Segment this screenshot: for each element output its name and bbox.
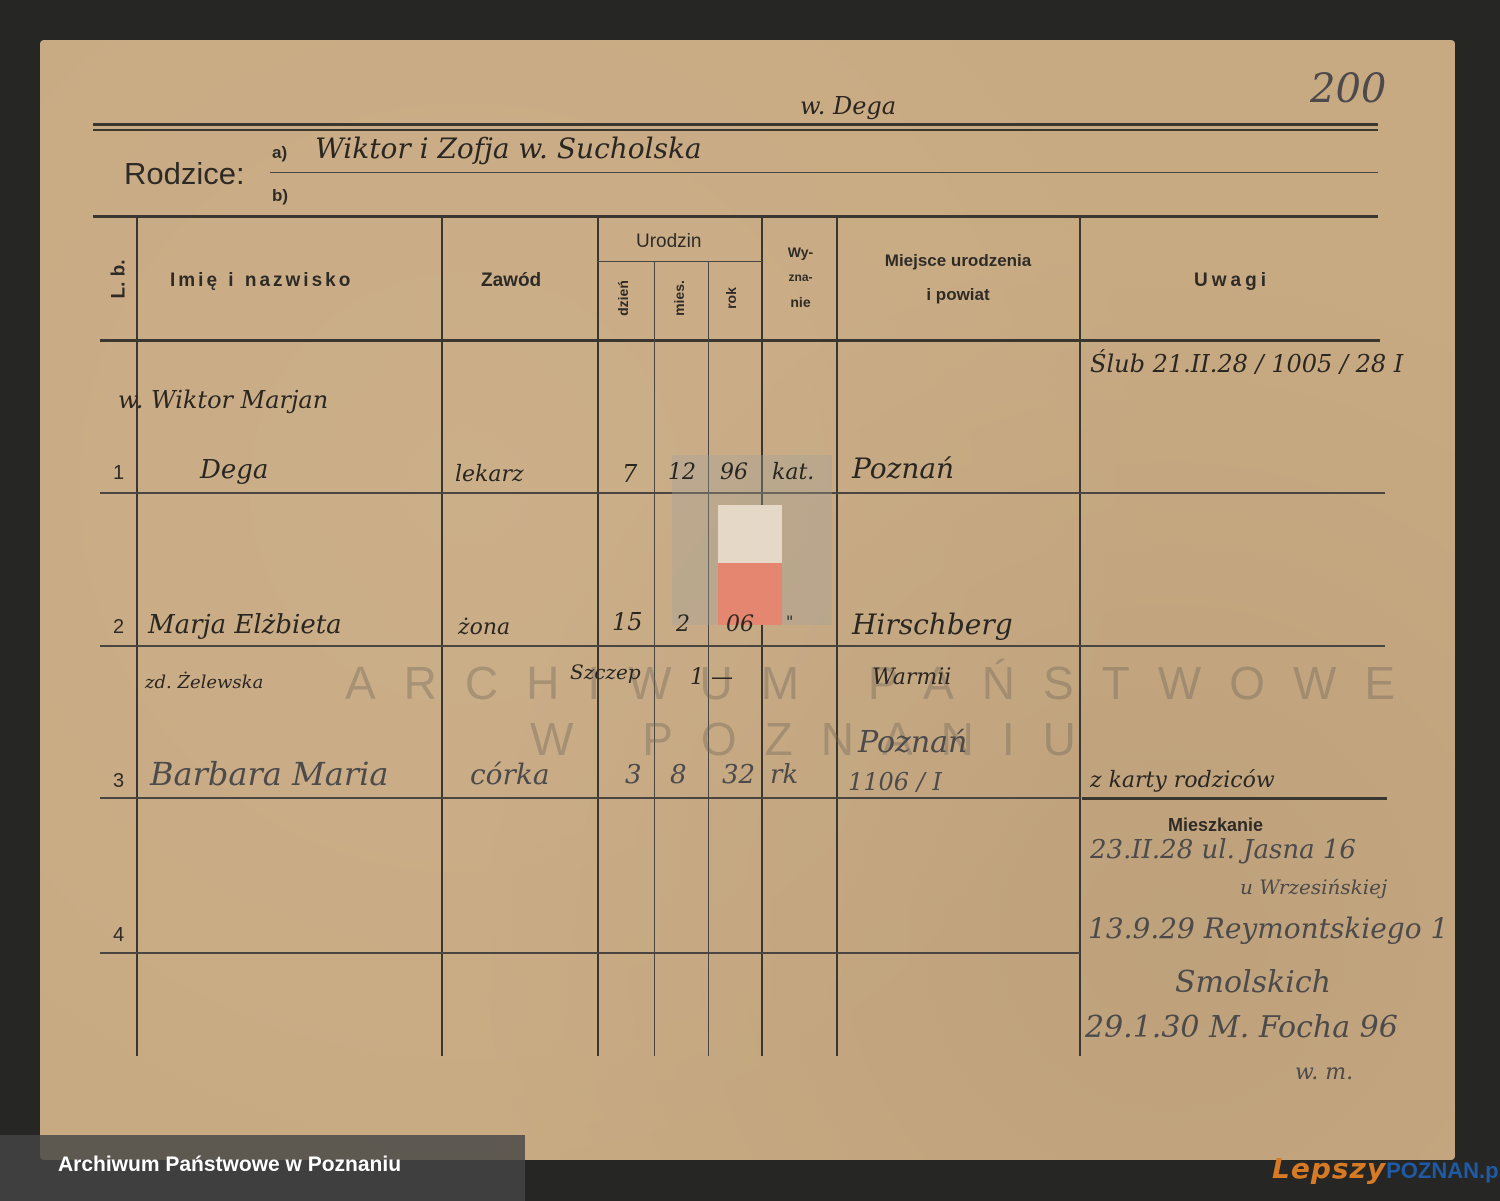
header-birthplace-2: i powiat (838, 285, 1078, 305)
flag-white (718, 505, 782, 563)
row-2-name-note: zd. Żelewska (145, 672, 263, 693)
top-rule (93, 123, 1378, 126)
row-3-lb: 3 (113, 770, 124, 793)
row-3-birthplace: Poznań (858, 725, 967, 760)
col-line-religion (836, 216, 838, 1056)
row-1-remarks: Ślub 21.II.28 / 1005 / 28 I (1090, 350, 1403, 378)
row-2-birthplace: Hirschberg (852, 608, 1013, 641)
row-2-rule (100, 645, 1385, 647)
header-religion-1: Wy- (773, 244, 828, 260)
header-lb: L. b. (109, 259, 131, 298)
parents-label: Rodzice: (124, 156, 245, 192)
row-2-religion: " (786, 612, 793, 631)
row-3-remarks: z karty rodziców (1090, 768, 1275, 793)
page-number: 200 (1310, 66, 1386, 112)
residence-entry-2: u Wrzesińskiej (1240, 875, 1387, 899)
col-line-name (441, 216, 443, 1056)
header-name: Imię i nazwisko (170, 270, 353, 292)
header-day: dzień (615, 280, 631, 316)
residence-rule (1082, 797, 1387, 800)
residence-entry-1: 23.II.28 ul. Jasna 16 (1090, 835, 1356, 865)
row-2-birthplace-note: Warmii (872, 665, 951, 690)
parents-a-value: Wiktor i Zofja w. Sucholska (315, 132, 702, 165)
header-month: mies. (671, 280, 687, 316)
col-line-lb (136, 216, 138, 1056)
row-2-year: 06 (726, 612, 754, 637)
parents-a-marker: a) (272, 143, 287, 163)
row-1-year: 96 (720, 460, 748, 485)
header-birth: Urodzin (636, 231, 701, 253)
logo-part-2: POZNAN.pl (1386, 1158, 1500, 1183)
lepszypoznan-logo[interactable]: LepszyPOZNAN.pl (1272, 1152, 1500, 1185)
birth-subheader-rule (597, 261, 762, 262)
archive-caption-bar: Archiwum Państwowe w Poznaniu (0, 1135, 525, 1201)
header-year: rok (723, 287, 739, 309)
row-1-occupation: lekarz (455, 462, 524, 487)
row-3-religion: rk (770, 760, 798, 790)
row-1-lb: 1 (113, 462, 124, 485)
parents-b-marker: b) (272, 186, 288, 206)
row-1-name-line1: w. Wiktor Marjan (118, 386, 328, 414)
row-1-name-line2: Dega (200, 455, 268, 485)
archive-caption: Archiwum Państwowe w Poznaniu (58, 1153, 401, 1177)
parents-a-note: w. Dega (800, 92, 896, 120)
top-rule-2 (93, 129, 1378, 131)
residence-label: Mieszkanie (1168, 815, 1263, 836)
row-4-lb: 4 (113, 924, 124, 947)
row-3-name: Barbara Maria (150, 755, 388, 793)
watermark-line2: W POZNANIU (530, 712, 1104, 766)
col-line-year (761, 216, 763, 1056)
header-birthplace-1: Miejsce urodzenia (838, 251, 1078, 271)
col-line-occupation (597, 216, 599, 1056)
residence-entry-6: w. m. (1295, 1060, 1353, 1085)
row-3-month: 8 (670, 760, 687, 790)
row-3-birthplace-note: 1106 / I (848, 768, 942, 796)
row-3-day: 3 (625, 760, 642, 790)
row-2-lb: 2 (113, 616, 124, 639)
residence-entry-4: Smolskich (1175, 965, 1331, 1000)
row-2-day: 15 (612, 608, 643, 636)
row-2-occupation: żona (458, 615, 510, 640)
row-1-religion: kat. (772, 460, 814, 485)
header-bottom-rule (100, 339, 1380, 342)
table-top-rule (93, 215, 1378, 218)
col-line-birthplace (1079, 216, 1081, 1056)
row-1-day: 7 (622, 460, 637, 488)
residence-entry-3: 13.9.29 Reymontskiego 1 (1088, 912, 1448, 945)
header-religion-2: zna- (773, 270, 828, 284)
logo-part-1: Lepszy (1272, 1152, 1386, 1185)
header-religion-3: nie (773, 294, 828, 310)
row-4-rule (100, 952, 1080, 954)
row-1-birthplace: Poznań (852, 452, 954, 485)
row-2-month: 2 (676, 612, 690, 637)
row-3-year: 32 (722, 760, 755, 790)
header-remarks: Uwagi (1082, 270, 1382, 292)
residence-entry-5: 29.1.30 M. Focha 96 (1085, 1010, 1398, 1045)
row-3-occupation: córka (470, 758, 550, 791)
row-3-rule (100, 797, 1080, 799)
row-2-name: Marja Elżbieta (148, 610, 342, 640)
row-2-year-note: 1 — (690, 665, 733, 690)
parents-divider (270, 172, 1378, 173)
header-occupation: Zawód (481, 270, 541, 292)
row-1-month: 12 (668, 460, 696, 485)
row-2-day-note: Szczep (570, 660, 641, 684)
